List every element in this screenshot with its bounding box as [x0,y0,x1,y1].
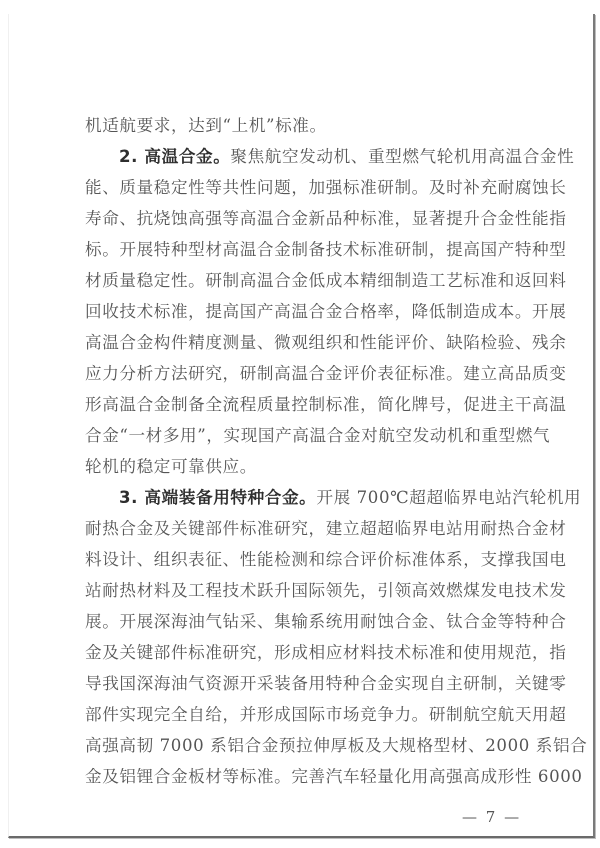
text-line: 导我国深海油气资源开采装备用特种合金实现自主研制，关键零 [85,671,547,702]
document-body: 机适航要求，达到“上机”标准。 2. 高温合金。聚焦航空发动机、重型燃气轮机用高… [85,113,547,795]
text-line: 高温合金构件精度测量、微观组织和性能评价、缺陷检验、残余 [85,330,547,361]
section-heading: 2. 高温合金。 [119,147,230,166]
text-line: 展。开展深海油气钻采、集输系统用耐蚀合金、钛合金等特种合 [85,609,547,640]
text-line: 回收技术标准，提高国产高温合金合格率，降低制造成本。开展 [85,299,547,330]
section-heading-line: 2. 高温合金。聚焦航空发动机、重型燃气轮机用高温合金性 [85,144,547,175]
text-line: 料设计、组织表征、性能检测和综合评价标准体系，支撑我国电 [85,547,547,578]
text-line: 能、质量稳定性等共性问题，加强标准研制。及时补充耐腐蚀长 [85,175,547,206]
text-line: 轮机的稳定可靠供应。 [85,454,547,485]
text-line: 金及铝锂合金板材等标准。完善汽车轻量化用高强高成形性 6000 [85,764,547,795]
text-line: 合金“一材多用”，实现国产高温合金对航空发动机和重型燃气 [85,423,547,454]
page-number: — 7 — [462,808,521,826]
text-line: 部件实现完全自给，并形成国际市场竞争力。研制航空航天用超 [85,702,547,733]
text-line: 机适航要求，达到“上机”标准。 [85,113,547,144]
text-line: 材质量稳定性。研制高温合金低成本精细制造工艺标准和返回料 [85,268,547,299]
text-line: 标。开展特种型材高温合金制备技术标准研制，提高国产特种型 [85,237,547,268]
text-line: 站耐热材料及工程技术跃升国际领先，引领高效燃煤发电技术发 [85,578,547,609]
text-line: 形高温合金制备全流程质量控制标准，简化牌号，促进主干高温 [85,392,547,423]
text-line: 应力分析方法研究，研制高温合金评价表征标准。建立高品质变 [85,361,547,392]
text-line: 金及关键部件标准研究，形成相应材料技术标准和使用规范，指 [85,640,547,671]
text-line: 高强高韧 7000 系铝合金预拉伸厚板及大规格型材、2000 系铝合 [85,733,547,764]
section-heading-line: 3. 高端装备用特种合金。开展 700℃超超临界电站汽轮机用 [85,485,547,516]
section-heading: 3. 高端装备用特种合金。 [119,488,316,507]
text-line: 寿命、抗烧蚀高强等高温合金新品种标准，显著提升合金性能指 [85,206,547,237]
text-line: 耐热合金及关键部件标准研究，建立超超临界电站用耐热合金材 [85,516,547,547]
